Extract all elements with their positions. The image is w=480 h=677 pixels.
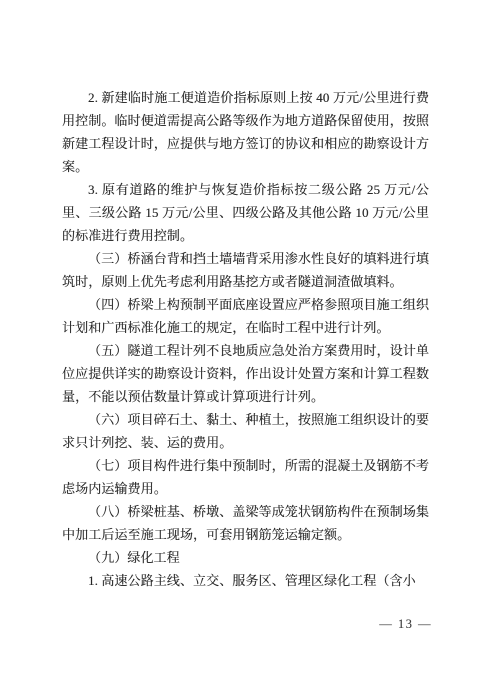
body-paragraph: （七）项目构件进行集中预制时，所需的混凝土及钢筋不考虑场内运输费用。	[62, 454, 429, 500]
body-paragraph: （八）桥梁桩基、桥墩、盖梁等成笼状钢筋构件在预制场集中加工后运至施工现场，可套用…	[62, 500, 429, 546]
body-paragraph: 1. 高速公路主线、立交、服务区、管理区绿化工程（含小	[62, 569, 429, 592]
document-page: 2. 新建临时施工便道造价指标原则上按 40 万元/公里进行费用控制。临时便道需…	[0, 0, 480, 677]
body-paragraph: （九）绿化工程	[62, 546, 429, 569]
page-number: — 13 —	[379, 617, 432, 632]
body-paragraph: （六）项目碎石土、黏土、种植土，按照施工组织设计的要求只计列挖、装、运的费用。	[62, 408, 429, 454]
body-paragraph: （三）桥涵台背和挡土墙墙背采用渗水性良好的填料进行填筑时，原则上优先考虑利用路基…	[62, 247, 429, 293]
body-paragraph: 3. 原有道路的维护与恢复造价指标按二级公路 25 万元/公里、三级公路 15 …	[62, 178, 429, 247]
document-body: 2. 新建临时施工便道造价指标原则上按 40 万元/公里进行费用控制。临时便道需…	[62, 86, 429, 592]
body-paragraph: （四）桥梁上构预制平面底座设置应严格参照项目施工组织计划和广西标准化施工的规定，…	[62, 293, 429, 339]
body-paragraph: 2. 新建临时施工便道造价指标原则上按 40 万元/公里进行费用控制。临时便道需…	[62, 86, 429, 178]
body-paragraph: （五）隧道工程计列不良地质应急处治方案费用时，设计单位应提供详实的勘察设计资料，…	[62, 339, 429, 408]
